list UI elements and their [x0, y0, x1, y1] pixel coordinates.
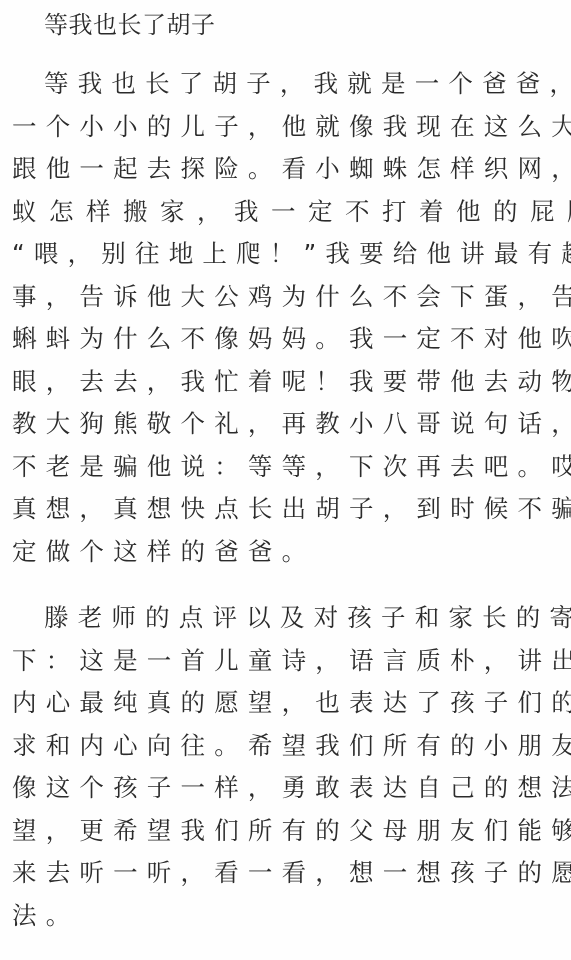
text-line: “喂，别往地上爬！”我要给他讲最有趣的故 [12, 233, 532, 276]
text-line: 滕老师的点评以及对孩子和家长的寄语如 [12, 597, 532, 640]
text-line: 法。 [12, 895, 532, 938]
text-line: 定做个这样的爸爸。 [12, 531, 532, 574]
text-line: 望，更希望我们所有的父母朋友们能够静下心 [12, 810, 532, 853]
text-line: 真想，真想快点长出胡子，到时候不骗你，一 [12, 488, 532, 531]
text-line: 一个小小的儿子，他就像我现在这么大，我要 [12, 106, 532, 149]
text-line: 内心最纯真的愿望，也表达了孩子们的情感需 [12, 682, 532, 725]
text-line: 跟他一起去探险。看小蜘蛛怎样织网，看小蚂 [12, 148, 532, 191]
text-line: 教大狗熊敬个礼，再教小八哥说句话，我一定 [12, 403, 532, 446]
poem-title: 等我也长了胡子 [44, 8, 216, 42]
text-line: 事，告诉他大公鸡为什么不会下蛋，告诉他小 [12, 276, 532, 319]
text-line: 不老是骗他说：等等，下次再去吧。哎呀，我 [12, 446, 532, 489]
text-line: 求和内心向往。希望我们所有的小朋友都能够 [12, 725, 532, 768]
teacher-comment-paragraph: 滕老师的点评以及对孩子和家长的寄语如 下：这是一首儿童诗，语言质朴，讲出了孩子 … [12, 597, 532, 937]
document-page: 等我也长了胡子 等我也长了胡子，我就是一个爸爸，我会有 一个小小的儿子，他就像我… [0, 0, 571, 960]
text-line: 眼，去去，我忙着呢！我要带他去动物园，先 [12, 361, 532, 404]
text-line: 等我也长了胡子，我就是一个爸爸，我会有 [12, 63, 532, 106]
text-line: 来去听一听，看一看，想一想孩子的愿望和想 [12, 852, 532, 895]
text-line: 蚁怎样搬家，我一定不打着他的屁股喊： [12, 191, 532, 234]
text-line: 下：这是一首儿童诗，语言质朴，讲出了孩子 [12, 640, 532, 683]
poem-paragraph: 等我也长了胡子，我就是一个爸爸，我会有 一个小小的儿子，他就像我现在这么大，我要… [12, 63, 532, 573]
text-line: 蝌蚪为什么不像妈妈。我一定不对他吹胡子瞪 [12, 318, 532, 361]
text-line: 像这个孩子一样，勇敢表达自己的想法和愿 [12, 767, 532, 810]
